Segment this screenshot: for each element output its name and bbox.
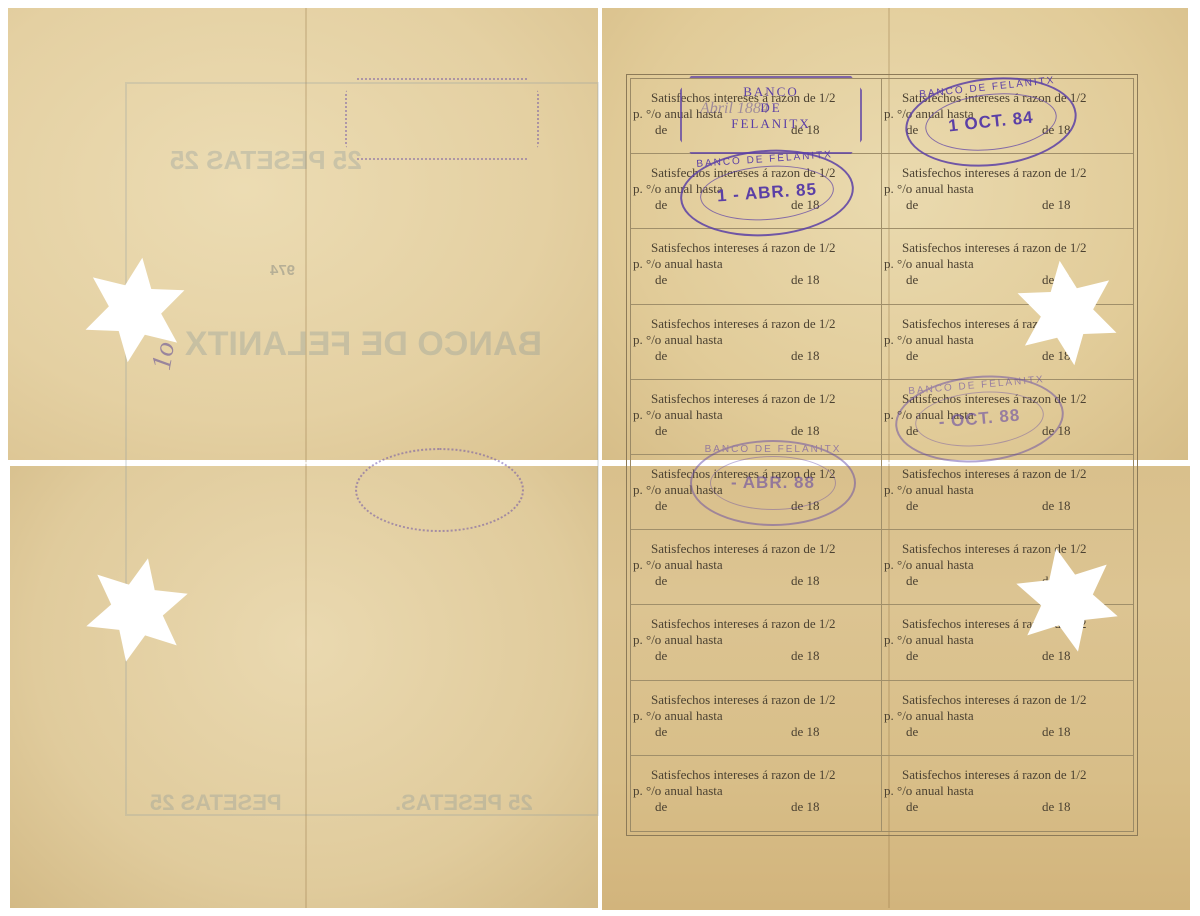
stamp-text: BANCO (682, 84, 860, 100)
coupon-text-line2: p. °/o anual hasta (633, 707, 723, 724)
coupon-text-line2: p. °/o anual hasta (633, 406, 723, 423)
coupon-year-label: de 18 (791, 271, 820, 288)
coupon-text-line2: p. °/o anual hasta (884, 631, 974, 648)
coupon-day-label: de (906, 647, 918, 664)
star-cutout-icon (1012, 258, 1122, 368)
coupon-text-line2: p. °/o anual hasta (633, 255, 723, 272)
coupon-text-line2: p. °/o anual hasta (884, 707, 974, 724)
coupon-year-label: de 18 (791, 422, 820, 439)
coupon-year-label: de 18 (791, 647, 820, 664)
coupon-day-label: de (906, 798, 918, 815)
coupon-text-line1: Satisfechos intereses á razon de 1/2 (902, 465, 1086, 482)
coupon-text-line1: Satisfechos intereses á razon de 1/2 (651, 691, 835, 708)
coupon-cell: Satisfechos intereses á razon de 1/2p. °… (882, 154, 1133, 229)
coupon-year-label: de 18 (791, 347, 820, 364)
coupon-day-label: de (655, 572, 667, 589)
coupon-text-line2: p. °/o anual hasta (633, 556, 723, 573)
ghost-footer-right: 25 PESETAS. (395, 790, 533, 816)
coupon-cell: Satisfechos intereses á razon de 1/2p. °… (882, 756, 1133, 831)
coupon-day-label: de (655, 647, 667, 664)
coupon-day-label: de (655, 422, 667, 439)
coupon-day-label: de (906, 347, 918, 364)
coupon-text-line2: p. °/o anual hasta (884, 481, 974, 498)
coupon-year-label: de 18 (1042, 196, 1071, 213)
coupon-text-line2: p. °/o anual hasta (633, 631, 723, 648)
ghost-footer-left: PESETAS 25 (150, 790, 282, 816)
ghost-number: 974 (270, 262, 295, 279)
coupon-year-label: de 18 (1042, 798, 1071, 815)
coupon-text-line1: Satisfechos intereses á razon de 1/2 (651, 315, 835, 332)
ghost-header: 25 PESETAS 25 (170, 145, 362, 176)
ghost-bank-title: BANCO DE FELANITX (185, 325, 542, 364)
faded-box-stamp (345, 78, 539, 160)
coupon-day-label: de (906, 723, 918, 740)
coupon-text-line1: Satisfechos intereses á razon de 1/2 (651, 766, 835, 783)
coupon-day-label: de (906, 497, 918, 514)
coupon-cell: Satisfechos intereses á razon de 1/2p. °… (631, 756, 882, 831)
coupon-text-line2: p. °/o anual hasta (633, 782, 723, 799)
coupon-text-line2: p. °/o anual hasta (884, 331, 974, 348)
coupon-day-label: de (906, 572, 918, 589)
coupon-text-line2: p. °/o anual hasta (884, 255, 974, 272)
stamp-date: - ABR. 88 (692, 473, 854, 493)
coupon-text-line1: Satisfechos intereses á razon de 1/2 (651, 615, 835, 632)
coupon-year-label: de 18 (1042, 497, 1071, 514)
coupon-text-line1: Satisfechos intereses á razon de 1/2 (651, 239, 835, 256)
coupon-year-label: de 18 (791, 723, 820, 740)
star-cutout-icon (1012, 545, 1122, 655)
star-cutout-icon (80, 255, 190, 365)
coupon-text-line1: Satisfechos intereses á razon de 1/2 (651, 540, 835, 557)
coupon-year-label: de 18 (1042, 723, 1071, 740)
coupon-text-line2: p. °/o anual hasta (884, 180, 974, 197)
coupon-day-label: de (906, 271, 918, 288)
coupon-text-line1: Satisfechos intereses á razon de 1/2 (902, 766, 1086, 783)
handwritten-date: Abril 1884 (700, 100, 769, 118)
coupon-cell: Satisfechos intereses á razon de 1/2p. °… (882, 681, 1133, 756)
coupon-day-label: de (655, 497, 667, 514)
coupon-year-label: de 18 (791, 798, 820, 815)
coupon-cell: Satisfechos intereses á razon de 1/2p. °… (631, 305, 882, 380)
stamp-abr-88: BANCO DE FELANITX - ABR. 88 (690, 440, 856, 526)
coupon-text-line1: Satisfechos intereses á razon de 1/2 (902, 691, 1086, 708)
coupon-day-label: de (655, 271, 667, 288)
coupon-text-line2: p. °/o anual hasta (884, 556, 974, 573)
coupon-cell: Satisfechos intereses á razon de 1/2p. °… (631, 229, 882, 304)
coupon-cell: Satisfechos intereses á razon de 1/2p. °… (631, 530, 882, 605)
coupon-cell: Satisfechos intereses á razon de 1/2p. °… (631, 681, 882, 756)
coupon-text-line1: Satisfechos intereses á razon de 1/2 (902, 164, 1086, 181)
coupon-day-label: de (655, 723, 667, 740)
coupon-day-label: de (655, 121, 667, 138)
star-cutout-icon (82, 555, 192, 665)
coupon-text-line1: Satisfechos intereses á razon de 1/2 (651, 390, 835, 407)
coupon-text-line2: p. °/o anual hasta (633, 331, 723, 348)
coupon-cell: Satisfechos intereses á razon de 1/2p. °… (631, 605, 882, 680)
stamp-text: FELANITX (682, 116, 860, 132)
coupon-day-label: de (655, 347, 667, 364)
coupon-day-label: de (655, 798, 667, 815)
faded-oval-stamp (355, 448, 524, 532)
coupon-day-label: de (906, 196, 918, 213)
coupon-cell: Satisfechos intereses á razon de 1/2p. °… (882, 455, 1133, 530)
fold-line (600, 8, 602, 908)
stamp-ring-text: BANCO DE FELANITX (692, 444, 854, 455)
coupon-year-label: de 18 (791, 572, 820, 589)
ghost-border (125, 82, 599, 816)
coupon-day-label: de (655, 196, 667, 213)
coupon-text-line2: p. °/o anual hasta (884, 782, 974, 799)
coupon-text-line1: Satisfechos intereses á razon de 1/2 (902, 239, 1086, 256)
